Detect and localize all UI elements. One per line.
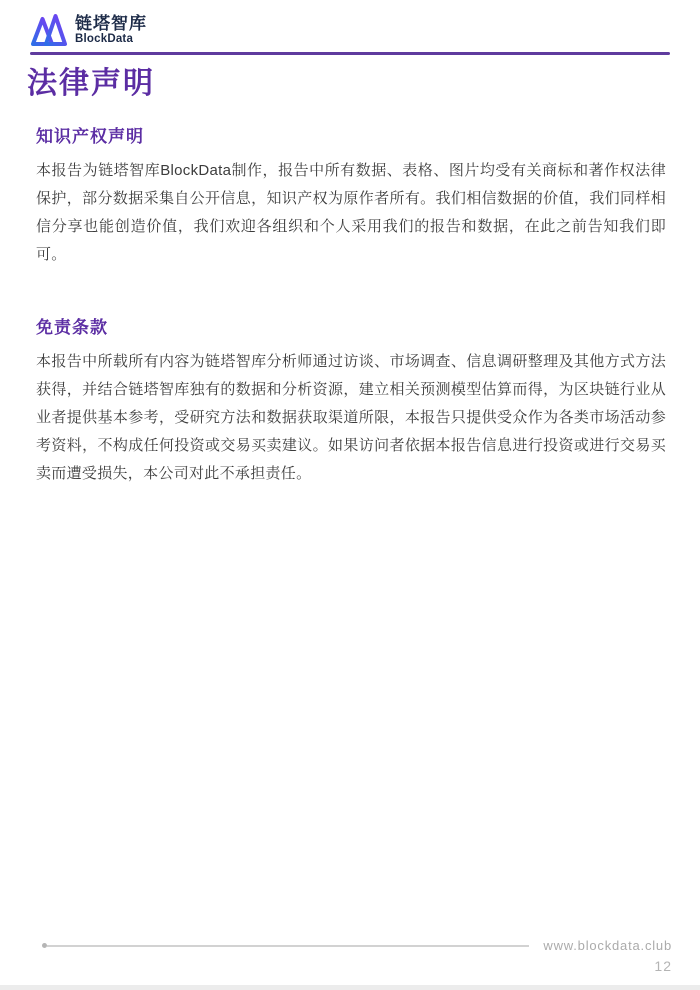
section-body-ip: 本报告为链塔智库BlockData制作，报告中所有数据、表格、图片均受有关商标和… (36, 157, 666, 269)
report-page: 链塔智库 BlockData 法律声明 知识产权声明 本报告为链塔智库Block… (0, 0, 700, 990)
brand-name-en: BlockData (75, 33, 147, 45)
header: 链塔智库 BlockData (0, 0, 700, 48)
brand-logo: 链塔智库 BlockData (30, 12, 700, 48)
section-body-disclaimer: 本报告中所载所有内容为链塔智库分析师通过访谈、市场调查、信息调研整理及其他方式方… (36, 348, 666, 488)
footer-website: www.blockdata.club (543, 938, 672, 953)
header-divider (30, 52, 670, 55)
footer-rule-row: www.blockdata.club (0, 938, 700, 953)
section-ip-statement: 知识产权声明 本报告为链塔智库BlockData制作，报告中所有数据、表格、图片… (36, 126, 666, 269)
blockdata-logo-icon (30, 12, 68, 48)
section-heading-ip: 知识产权声明 (36, 126, 666, 148)
page-number: 12 (654, 958, 672, 974)
page-title: 法律声明 (27, 66, 155, 102)
page-bottom-edge (0, 985, 700, 990)
footer: www.blockdata.club 12 (0, 938, 700, 976)
footer-page-row: 12 (0, 958, 700, 976)
page-content: 知识产权声明 本报告为链塔智库BlockData制作，报告中所有数据、表格、图片… (36, 126, 666, 488)
section-heading-disclaimer: 免责条款 (36, 317, 666, 339)
brand-name-cn: 链塔智库 (75, 15, 147, 33)
section-disclaimer: 免责条款 本报告中所载所有内容为链塔智库分析师通过访谈、市场调查、信息调研整理及… (36, 317, 666, 488)
footer-divider (47, 945, 529, 947)
brand-name: 链塔智库 BlockData (75, 15, 147, 45)
